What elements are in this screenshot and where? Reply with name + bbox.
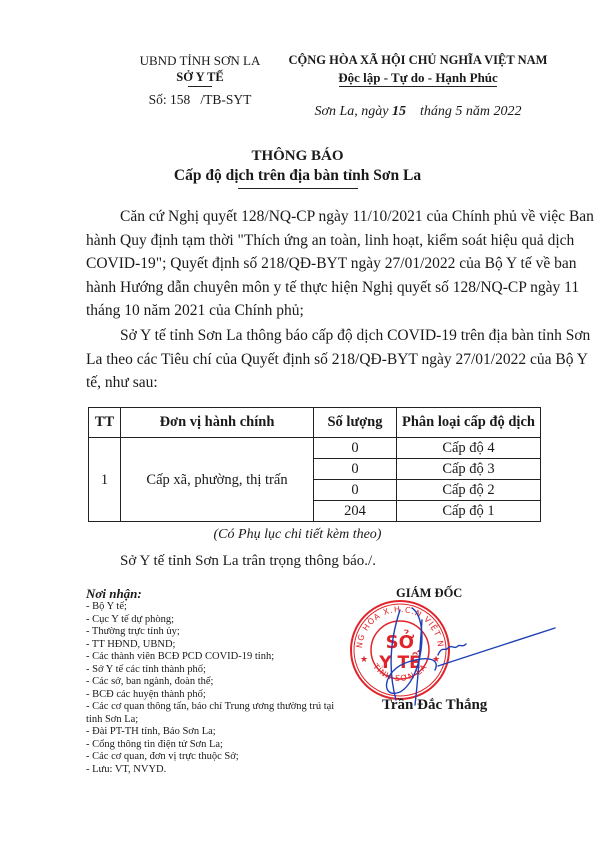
cell-admin-unit: Cấp xã, phường, thị trấn — [121, 438, 314, 522]
recipient-item: - Cục Y tế dự phòng; — [86, 614, 346, 627]
recipients-list: Nơi nhận: - Bộ Y tế;- Cục Y tế dự phòng;… — [86, 586, 346, 776]
cell-count: 0 — [314, 480, 397, 501]
recipient-item: - Bộ Y tế; — [86, 601, 346, 614]
recipients-items: - Bộ Y tế;- Cục Y tế dự phòng;- Thường t… — [86, 601, 346, 776]
recipient-item: - Cổng thông tin điện tử Sơn La; — [86, 739, 346, 752]
text-line: tế, như sau: — [86, 371, 542, 395]
cell-count: 0 — [314, 459, 397, 480]
recipient-item: - Các cơ quan thông tấn, báo chí Trung ư… — [86, 701, 346, 726]
national-header-block: CỘNG HÒA XÃ HỘI CHỦ NGHĨA VIỆT NAM Độc l… — [268, 52, 568, 120]
recipient-item: - TT HĐND, UBND; — [86, 639, 346, 652]
text-line: tháng 10 năm 2021 của Chính phủ; — [86, 299, 542, 323]
recipient-item: - BCĐ các huyện thành phố; — [86, 689, 346, 702]
header-admin-unit: Đơn vị hành chính — [121, 408, 314, 438]
text-line: Sở Y tế tỉnh Sơn La thông báo cấp độ dịc… — [86, 324, 542, 348]
closing-statement: Sở Y tế tỉnh Sơn La trân trọng thông báo… — [120, 553, 376, 570]
cell-level: Cấp độ 1 — [397, 501, 541, 522]
text-line: La theo các Tiêu chí của Quyết định số 2… — [86, 348, 542, 372]
national-motto: Độc lập - Tự do - Hạnh Phúc — [268, 69, 568, 86]
recipient-item: - Đài PT-TH tỉnh, Báo Sơn La; — [86, 726, 346, 739]
recipient-item: - Các cơ quan, đơn vị trực thuộc Sở; — [86, 751, 346, 764]
department-underline — [188, 86, 212, 87]
signer-name: Trần Đắc Thắng — [382, 697, 487, 714]
date-prefix: Sơn La, ngày — [315, 104, 389, 119]
header-quantity: Số lượng — [314, 408, 397, 438]
epidemic-level-table: TT Đơn vị hành chính Số lượng Phân loại … — [88, 407, 541, 522]
text-line: Căn cứ Nghị quyết 128/NQ-CP ngày 11/10/2… — [86, 205, 542, 229]
handwritten-signature — [360, 600, 560, 710]
issue-date: Sơn La, ngày 15 tháng 5 năm 2022 — [268, 103, 568, 120]
date-suffix: tháng 5 năm 2022 — [420, 104, 522, 119]
motto-underline — [339, 86, 497, 87]
nation-title: CỘNG HÒA XÃ HỘI CHỦ NGHĨA VIỆT NAM — [268, 52, 568, 69]
recipient-item: - Các thành viên BCĐ PCD COVID-19 tỉnh; — [86, 651, 346, 664]
text-line: COVID-19"; Quyết định số 218/QĐ-BYT ngày… — [86, 252, 542, 276]
header-level-classification: Phân loại cấp độ dịch — [397, 408, 541, 438]
header-tt: TT — [89, 408, 121, 438]
cell-count: 0 — [314, 438, 397, 459]
document-title-block: THÔNG BÁO Cấp độ dịch trên địa bàn tỉnh … — [0, 146, 595, 189]
recipient-item: - Các sở, ban ngành, đoàn thể; — [86, 676, 346, 689]
cell-count: 204 — [314, 501, 397, 522]
title-underline — [238, 188, 358, 189]
table-row: 1 Cấp xã, phường, thị trấn 0 Cấp độ 4 — [89, 438, 541, 459]
recipient-item: - Thường trực tỉnh ủy; — [86, 626, 346, 639]
cell-level: Cấp độ 2 — [397, 480, 541, 501]
cell-tt: 1 — [89, 438, 121, 522]
date-day: 15 — [392, 104, 406, 119]
document-subject: Cấp độ dịch trên địa bàn tỉnh Sơn La — [0, 166, 595, 186]
text-line: hành Hướng dẫn chuyên môn y tế thực hiện… — [86, 276, 542, 300]
text-line: hành Quy định tạm thời "Thích ứng an toà… — [86, 229, 542, 253]
paragraph-legal-basis: Căn cứ Nghị quyết 128/NQ-CP ngày 11/10/2… — [86, 205, 542, 323]
table-header-row: TT Đơn vị hành chính Số lượng Phân loại … — [89, 408, 541, 438]
paragraph-announcement: Sở Y tế tỉnh Sơn La thông báo cấp độ dịc… — [86, 324, 542, 395]
recipients-heading: Nơi nhận: — [86, 586, 346, 601]
document-type: THÔNG BÁO — [0, 146, 595, 166]
cell-level: Cấp độ 3 — [397, 459, 541, 480]
recipient-item: - Sở Y tế các tỉnh thành phố; — [86, 664, 346, 677]
appendix-note: (Có Phụ lục chi tiết kèm theo) — [0, 527, 595, 543]
cell-level: Cấp độ 4 — [397, 438, 541, 459]
recipient-item: - Lưu: VT, NVYD. — [86, 764, 346, 777]
